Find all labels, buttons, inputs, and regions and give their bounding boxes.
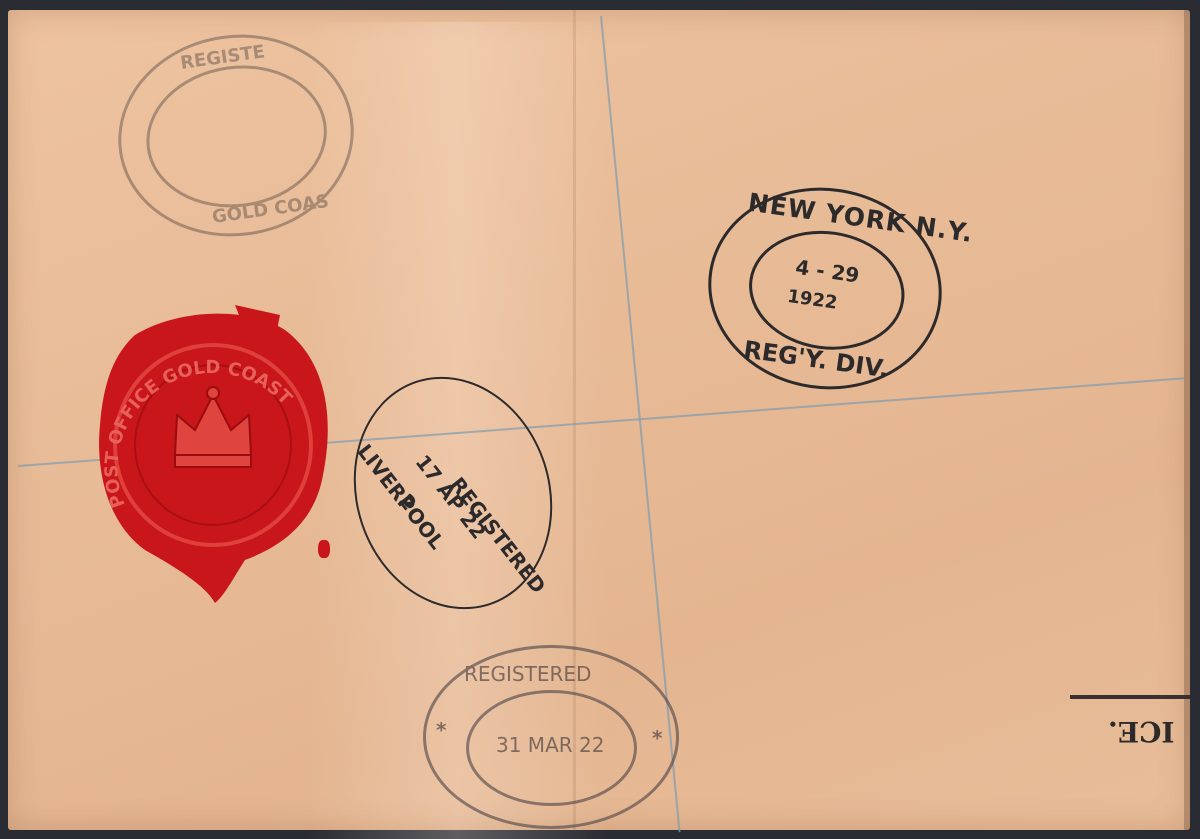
star-ornament-right: * (652, 726, 662, 750)
wax-seal: POST OFFICE GOLD COAST (95, 305, 330, 605)
wax-fragment (318, 540, 330, 558)
postmark-date: 31 MAR 22 (496, 733, 604, 757)
postmark-new-york: NEW YORK N.Y. 4 - 29 1922 REG'Y. DIV. (695, 173, 955, 405)
edge-print-rule (1070, 695, 1190, 699)
postmark-gold-coast-lower: REGISTERED * * 31 MAR 22 (423, 645, 679, 829)
edge-print-text: ICE. (1108, 715, 1174, 748)
postmark-top-text: REGISTERED (464, 662, 591, 686)
star-ornament-left: * (436, 718, 446, 742)
right-edge (1184, 10, 1190, 830)
